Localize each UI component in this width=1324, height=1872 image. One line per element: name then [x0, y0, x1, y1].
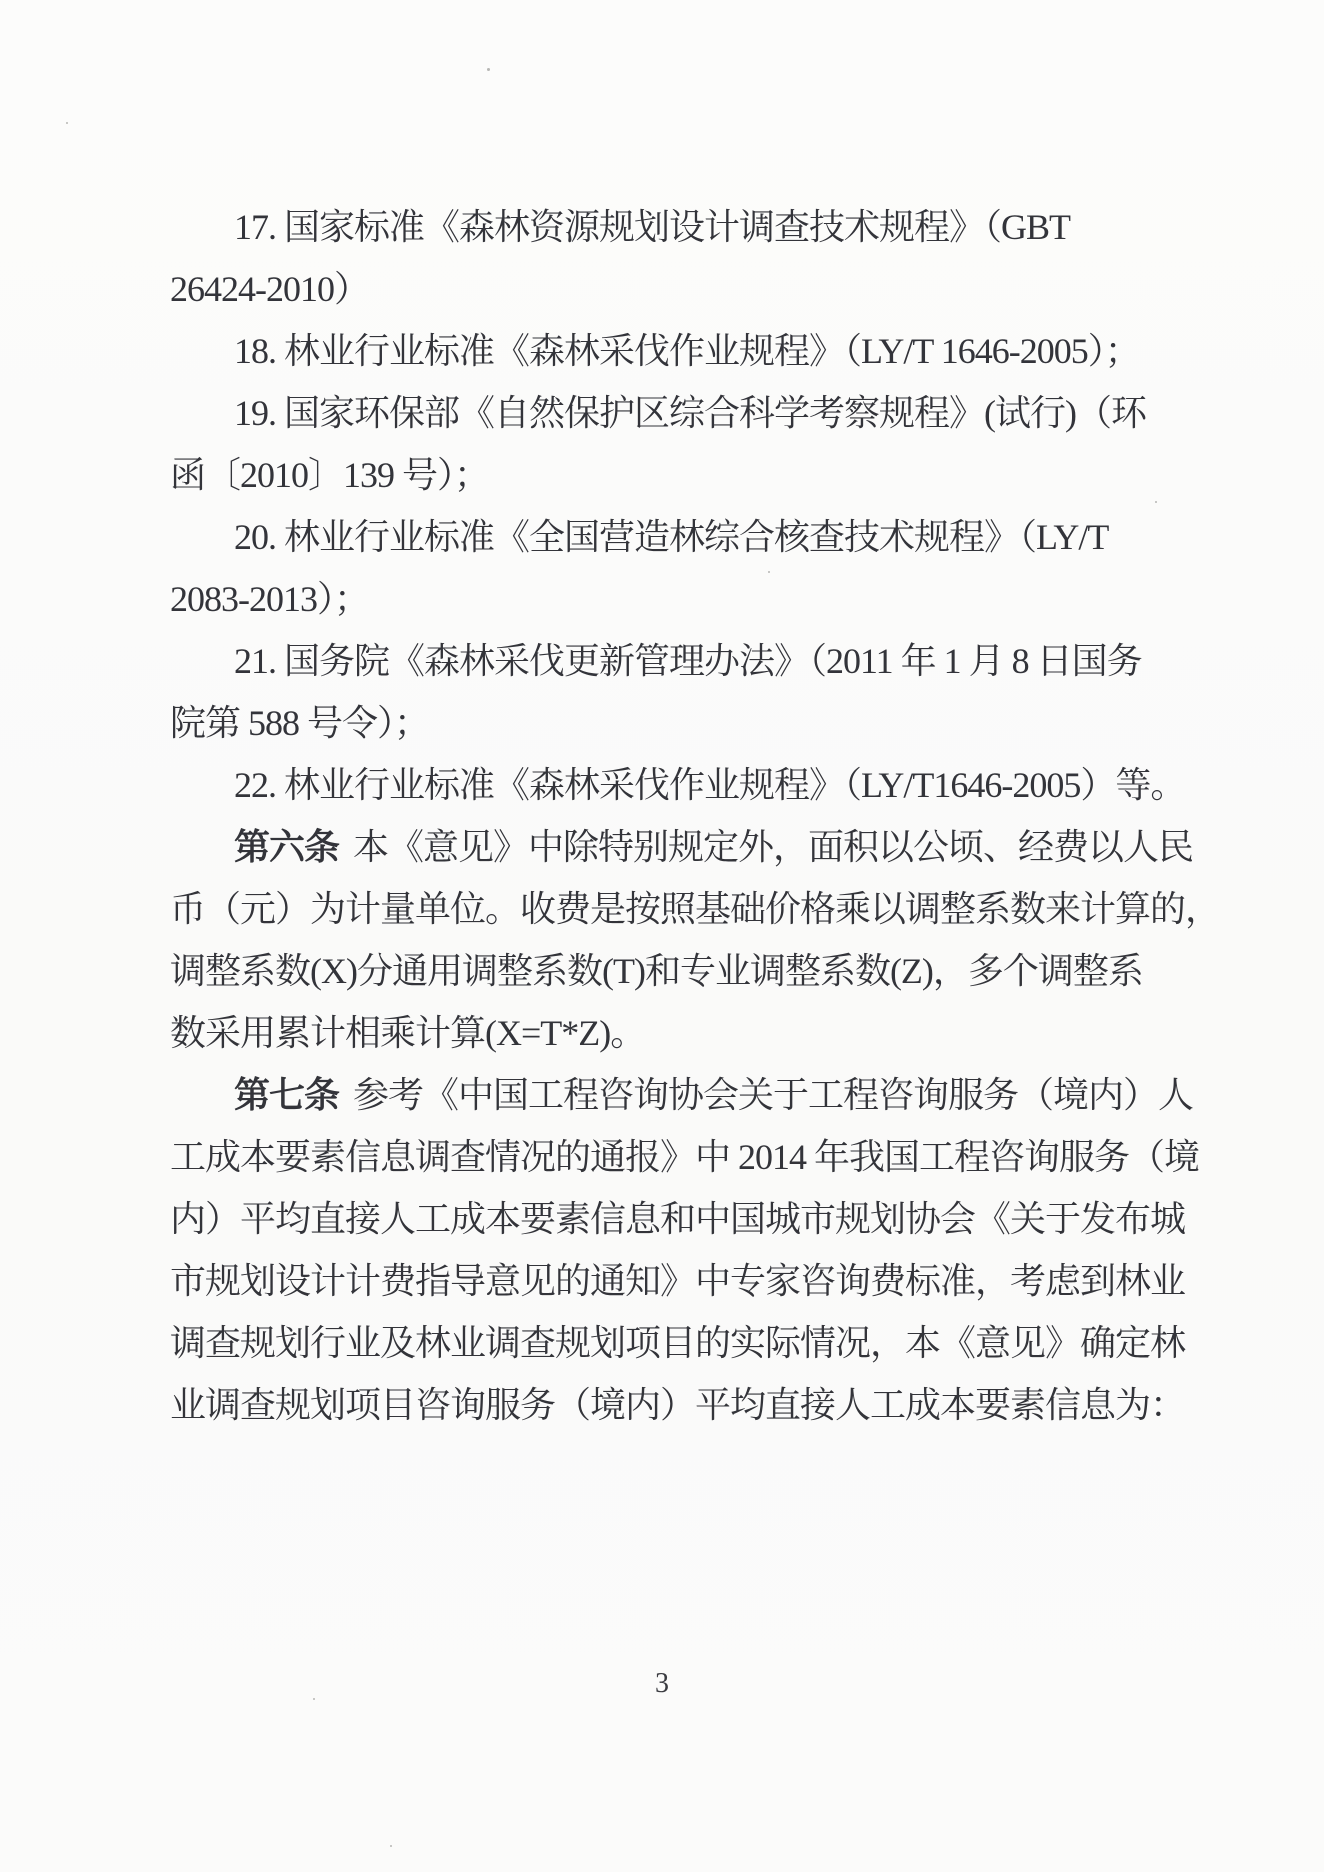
text-line-article-7-cont: 调查规划行业及林业调查规划项目的实际情况，本《意见》确定林 — [170, 1312, 1180, 1374]
text-line-item-17: 17. 国家标准《森林资源规划设计调查技术规程》（GBT — [170, 196, 1180, 258]
text-line-article-7-cont: 工成本要素信息调查情况的通报》中 2014 年我国工程咨询服务（境 — [170, 1126, 1180, 1188]
text-line-article-6-cont: 调整系数(X)分通用调整系数(T)和专业调整系数(Z)，多个调整系 — [170, 940, 1180, 1002]
line-text: 调查规划行业及林业调查规划项目的实际情况，本《意见》确定林 — [170, 1323, 1185, 1363]
line-text: 院第 588 号令）； — [170, 703, 429, 743]
scan-speck — [487, 68, 490, 71]
page-number: 3 — [0, 1668, 1324, 1700]
text-line-article-6-cont: 币（元）为计量单位。收费是按照基础价格乘以调整系数来计算的， — [170, 878, 1180, 940]
scan-speck — [66, 122, 68, 124]
text-line-item-17-cont: 26424-2010） — [170, 258, 1180, 320]
body-text: 17. 国家标准《森林资源规划设计调查技术规程》（GBT 26424-2010）… — [170, 196, 1180, 1436]
line-text: 18. 林业行业标准《森林采伐作业规程》（LY/T 1646-2005）； — [234, 331, 1140, 371]
text-line-item-20: 20. 林业行业标准《全国营造林综合核查技术规程》（LY/T — [170, 506, 1180, 568]
text-line-item-18: 18. 林业行业标准《森林采伐作业规程》（LY/T 1646-2005）； — [170, 320, 1180, 382]
text-line-item-21: 21. 国务院《森林采伐更新管理办法》（2011 年 1 月 8 日国务 — [170, 630, 1180, 692]
text-line-article-7-cont: 内）平均直接人工成本要素信息和中国城市规划协会《关于发布城 — [170, 1188, 1180, 1250]
text-line-article-7-cont: 市规划设计计费指导意见的通知》中专家咨询费标准，考虑到林业 — [170, 1250, 1180, 1312]
line-text: 业调查规划项目咨询服务（境内）平均直接人工成本要素信息为： — [170, 1385, 1185, 1425]
line-text: 22. 林业行业标准《森林采伐作业规程》（LY/T1646-2005）等。 — [234, 765, 1185, 805]
text-line-article-6-cont: 数采用累计相乘计算(X=T*Z)。 — [170, 1002, 1180, 1064]
scanned-document-page: { "document": { "lines": [ { "text": "17… — [0, 0, 1324, 1872]
scan-speck — [390, 1845, 392, 1847]
article-7-heading: 第七条 — [234, 1075, 339, 1115]
line-text: 参考《中国工程咨询协会关于工程咨询服务（境内）人 — [353, 1075, 1193, 1115]
text-line-article-7: 第七条参考《中国工程咨询协会关于工程咨询服务（境内）人 — [170, 1064, 1180, 1126]
line-text: 20. 林业行业标准《全国营造林综合核查技术规程》（LY/T — [234, 517, 1108, 557]
line-text: 26424-2010） — [170, 269, 369, 309]
line-text: 本《意见》中除特别规定外，面积以公顷、经费以人民 — [353, 827, 1193, 867]
line-text: 工成本要素信息调查情况的通报》中 2014 年我国工程咨询服务（境 — [170, 1137, 1199, 1177]
text-line-article-7-cont: 业调查规划项目咨询服务（境内）平均直接人工成本要素信息为： — [170, 1374, 1180, 1436]
line-text: 内）平均直接人工成本要素信息和中国城市规划协会《关于发布城 — [170, 1199, 1185, 1239]
line-text: 函〔2010〕139 号）； — [170, 455, 489, 495]
text-line-item-19: 19. 国家环保部《自然保护区综合科学考察规程》(试行)（环 — [170, 382, 1180, 444]
line-text: 调整系数(X)分通用调整系数(T)和专业调整系数(Z)，多个调整系 — [170, 951, 1143, 991]
text-line-item-20-cont: 2083-2013）； — [170, 568, 1180, 630]
line-text: 19. 国家环保部《自然保护区综合科学考察规程》(试行)（环 — [234, 393, 1146, 433]
line-text: 市规划设计计费指导意见的通知》中专家咨询费标准，考虑到林业 — [170, 1261, 1185, 1301]
text-line-item-21-cont: 院第 588 号令）； — [170, 692, 1180, 754]
text-line-item-22: 22. 林业行业标准《森林采伐作业规程》（LY/T1646-2005）等。 — [170, 754, 1180, 816]
text-line-article-6: 第六条本《意见》中除特别规定外，面积以公顷、经费以人民 — [170, 816, 1180, 878]
line-text: 17. 国家标准《森林资源规划设计调查技术规程》（GBT — [234, 207, 1070, 247]
text-line-item-19-cont: 函〔2010〕139 号）； — [170, 444, 1180, 506]
line-text: 2083-2013）； — [170, 579, 369, 619]
article-6-heading: 第六条 — [234, 827, 339, 867]
line-text: 21. 国务院《森林采伐更新管理办法》（2011 年 1 月 8 日国务 — [234, 641, 1142, 681]
line-text: 币（元）为计量单位。收费是按照基础价格乘以调整系数来计算的， — [170, 889, 1220, 929]
line-text: 数采用累计相乘计算(X=T*Z)。 — [170, 1013, 645, 1053]
